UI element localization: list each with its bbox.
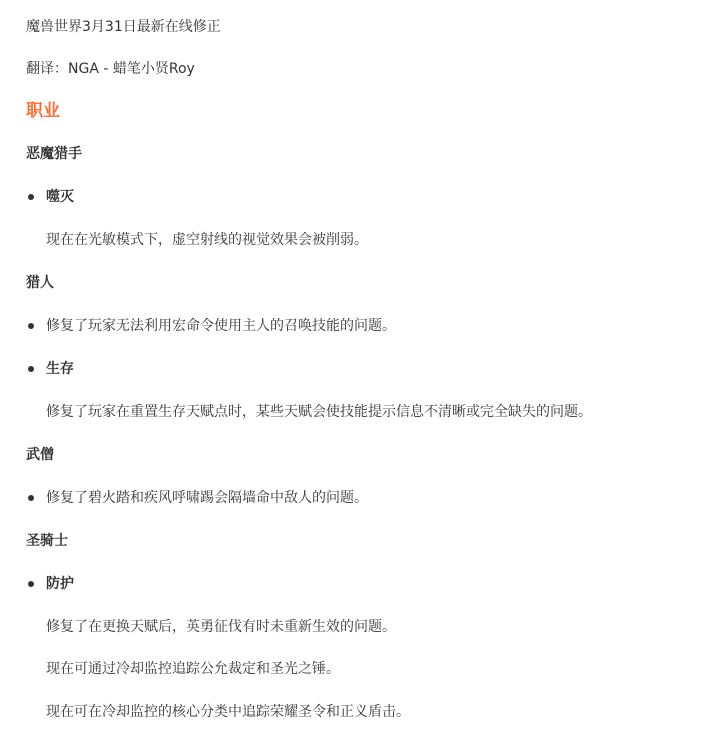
class-heading-demon-hunter: 恶魔猎手 [26,144,82,164]
article: 魔兽世界3月31日最新在线修正 翻译：NGA - 蜡笔小贤Roy 职业 恶魔猎手… [0,0,711,731]
spec-label: 防护 [46,574,74,594]
list-text: 修复了玩家无法利用宏命令使用主人的召唤技能的问题。 [46,316,396,336]
bullet-icon [28,323,34,329]
list-text: 修复了碧火踏和疾风呼啸踢会隔墙命中敌人的问题。 [46,488,368,508]
paragraph: 现在在光敏模式下，虚空射线的视觉效果会被削弱。 [46,230,368,250]
bullet-icon [28,366,34,372]
class-heading-hunter: 猎人 [26,273,54,293]
paragraph: 修复了在更换天赋后，英勇征伐有时未重新生效的问题。 [46,617,396,637]
article-title: 魔兽世界3月31日最新在线修正 [26,17,221,37]
paragraph: 现在可通过冷却监控追踪公允裁定和圣光之锤。 [46,659,340,679]
translator-credit: 翻译：NGA - 蜡笔小贤Roy [26,59,195,79]
section-heading: 职业 [26,101,60,121]
class-heading-monk: 武僧 [26,445,54,465]
paragraph: 修复了玩家在重置生存天赋点时，某些天赋会使技能提示信息不清晰或完全缺失的问题。 [46,402,592,422]
spec-label: 噬灭 [46,187,74,207]
class-heading-paladin: 圣骑士 [26,531,68,551]
paragraph: 现在可在冷却监控的核心分类中追踪荣耀圣令和正义盾击。 [46,702,410,722]
bullet-icon [28,495,34,501]
bullet-icon [28,581,34,587]
spec-label: 生存 [46,359,74,379]
bullet-icon [28,194,34,200]
